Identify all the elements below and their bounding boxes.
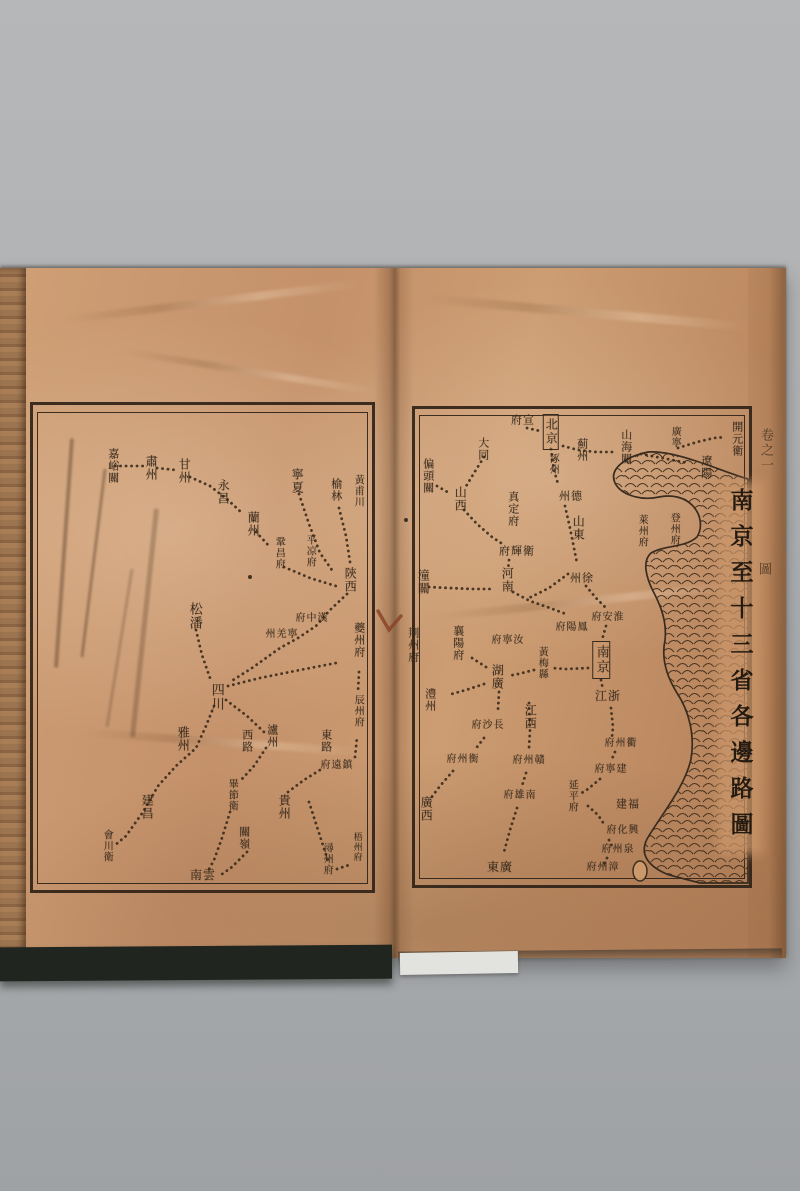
route-right-7 [602,626,606,640]
map-drawing [0,0,800,1191]
route-right-16 [508,670,534,676]
place-label-right-19: 萊州府 [636,515,646,548]
place-label-left-0: 嘉峪關 [107,448,118,484]
route-right-17 [472,658,486,667]
place-label-right-34: 東廣 [487,861,513,873]
place-label-left-27: 關嶺 [238,826,249,850]
place-label-left-26: 畢節衛 [226,779,236,812]
place-label-right-9: 真定府 [507,491,518,527]
place-label-left-19: 南雲 [190,869,216,881]
route-left-9 [228,663,336,686]
route-left-19 [337,864,352,869]
route-right-27 [611,752,615,761]
place-label-left-7: 榆林 [330,478,341,502]
folio-marker: 圖 [754,562,773,577]
place-label-left-4: 蘭州 [247,511,259,537]
route-left-1 [157,468,176,470]
coastal-island [633,861,647,881]
place-label-left-10: 陝西 [344,567,356,593]
red-check-mark [378,611,401,630]
place-label-right-24: 澧州 [424,688,435,712]
place-label-left-5: 鞏昌府 [273,537,283,570]
place-label-right-40: 府州泉 [602,845,635,855]
place-label-right-31: 府州贛 [513,756,546,766]
route-left-6 [339,508,350,562]
place-label-right-21: 府寧汝 [492,636,525,646]
place-label-right-10: 府輝衛 [499,545,535,556]
place-label-right-7: 偏頭關 [422,458,433,494]
place-label-left-23: 府遠鎮 [321,761,354,771]
route-right-10 [437,486,451,494]
place-label-right-25: 湖廣 [491,664,503,690]
place-label-left-24: 辰州府 [352,695,362,728]
place-label-right-11: 河南 [501,567,513,593]
route-left-16 [355,737,357,757]
route-right-21 [431,771,453,798]
place-label-right-5: 遼陽 [700,455,711,479]
place-label-left-8: 黃甫川 [352,475,362,508]
place-label-left-6: 寧夏 [291,468,303,494]
place-label-right-4: 開元衛 [731,421,742,457]
route-right-13 [429,587,493,589]
place-label-left-9: 平凉府 [304,535,314,568]
route-right-0 [527,428,540,431]
place-label-left-1: 肅州 [145,455,157,481]
route-left-13 [208,812,230,871]
route-right-14 [513,592,566,614]
place-label-right-29: 府沙長 [472,721,505,731]
place-label-left-21: 西路 [241,729,252,753]
route-right-15 [552,668,588,669]
place-label-right-38: 建福 [616,798,640,809]
place-label-left-11: 府中漢 [296,614,329,624]
place-label-right-6: 大同 [477,437,488,461]
place-label-right-27: 江浙 [595,690,621,702]
place-label-right-16: 州徐 [570,572,594,583]
place-label-right-3: 廣寧 [669,426,679,448]
place-label-left-13: 松潘 [187,602,201,630]
route-right-29 [588,806,604,824]
photo-background: 南京至十三省各邊路圖 卷之一 圖 嘉峪關肅州甘州永昌蘭州鞏昌府寧夏榆林黃甫川平凉… [0,0,800,1191]
route-left-8 [196,630,210,678]
place-label-right-8: 山西 [454,486,466,512]
place-label-right-33: 廣西 [420,796,432,822]
place-label-right-12: 潼關 [417,569,429,595]
place-label-right-14: 州德 [559,490,583,501]
route-right-24 [504,808,517,852]
place-label-right-26: 黃梅縣 [536,647,546,680]
route-right-20 [474,738,484,751]
route-right-23 [522,773,526,786]
route-left-4 [284,567,336,586]
place-label-right-0: 府宣 [511,414,535,425]
place-label-left-14: 夔州府 [353,622,364,658]
route-right-11 [464,510,504,545]
place-label-right-32: 府雄南 [504,791,537,801]
route-left-14 [218,852,247,877]
route-left-17 [358,672,359,692]
route-right-28 [580,779,600,794]
place-label-left-20: 瀘州 [266,724,277,748]
place-label-right-39: 府化興 [607,826,640,836]
place-label-right-22: 襄陽府 [452,625,463,661]
place-label-right-18: 府陽鳳 [556,623,589,633]
place-label-right-36: 府寧建 [595,765,628,775]
volume-marker: 卷之一 [756,428,775,473]
place-label-right-13: 涿州 [547,453,557,475]
place-label-right-23: 荆州府 [407,627,418,663]
route-right-18 [448,684,484,695]
place-label-left-17: 建昌 [141,794,153,820]
place-label-right-17: 府安淮 [592,613,625,623]
place-label-left-18: 會川衛 [101,830,111,863]
place-label-left-22: 東路 [320,729,331,753]
place-label-left-29: 潯州府 [321,843,331,876]
place-label-left-12: 州羌寧 [266,630,299,640]
route-right-3 [678,437,726,448]
place-label-right-28: 江西 [524,704,536,730]
place-label-right-2: 山海關 [620,429,631,465]
route-right-6 [586,586,606,608]
place-label-left-3: 永昌 [217,479,229,505]
route-right-9 [465,457,484,488]
boxed-place-label-right-1: 南京 [592,641,610,679]
route-left-11 [226,700,264,732]
place-label-left-2: 甘州 [178,458,190,484]
route-left-15 [288,770,320,792]
boxed-place-label-right-0: 北京 [543,414,559,450]
route-left-10 [114,706,214,846]
place-label-left-25: 貴州 [278,794,290,820]
place-label-right-1: 薊州 [576,438,587,462]
place-label-left-16: 雅州 [177,726,189,752]
place-label-right-41: 府州漳 [587,863,620,873]
place-label-right-30: 府州衡 [447,755,480,765]
place-label-left-28: 梧州府 [351,832,360,862]
place-label-right-37: 延平府 [566,780,576,813]
route-right-26 [611,708,613,737]
route-right-19 [498,692,499,710]
place-label-right-20: 登州府 [668,513,678,546]
place-label-right-15: 山東 [572,515,584,541]
place-label-left-15: 四川 [209,683,223,711]
route-right-8 [529,574,568,598]
map-title: 南京至十三省各邊路圖 [724,488,757,848]
place-label-right-35: 府州衢 [605,739,638,749]
